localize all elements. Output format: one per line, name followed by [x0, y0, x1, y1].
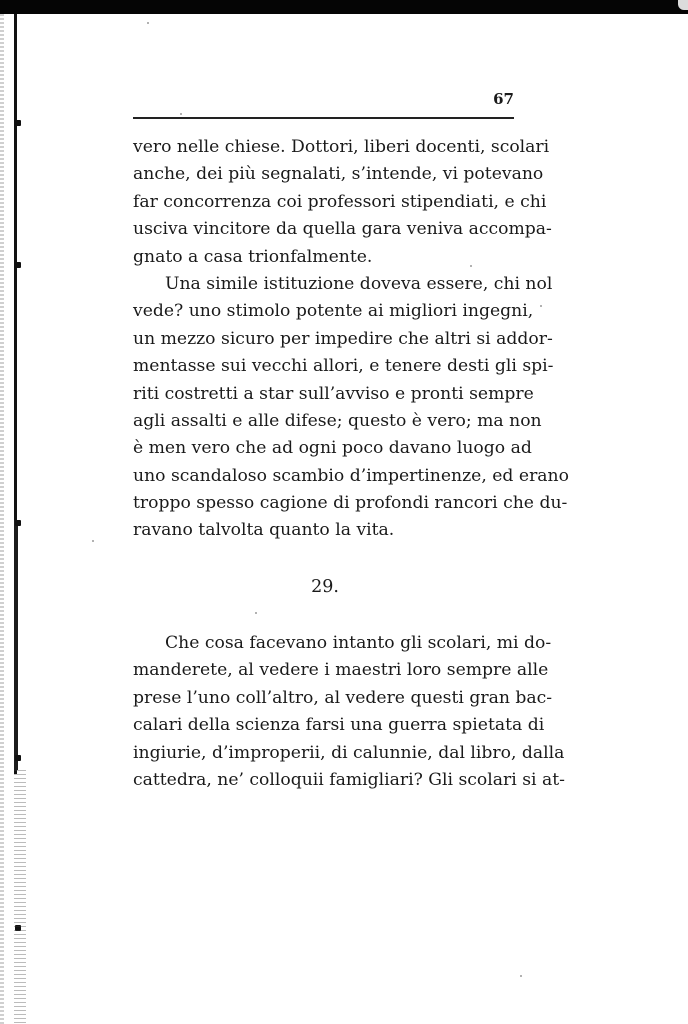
- scan-binding-line-lower: [14, 520, 18, 770]
- text-line: un mezzo sicuro per impedire che altri s…: [133, 326, 517, 353]
- body-text-after-section: Che cosa facevano intanto gli scolari, m…: [133, 630, 517, 794]
- paragraph: Che cosa facevano intanto gli scolari, m…: [133, 630, 517, 794]
- text-line: ingiurie, d’improperii, di calunnie, dal…: [133, 740, 517, 767]
- text-line: agli assalti e alle difese; questo è ver…: [133, 408, 517, 435]
- scan-speck: [540, 305, 542, 307]
- text-line: calari della scienza farsi una guerra sp…: [133, 712, 517, 739]
- text-line: riti costretti a star sull’avviso e pron…: [133, 381, 517, 408]
- scan-top-edge: [0, 0, 688, 14]
- text-line: far concorrenza coi professori stipendia…: [133, 189, 517, 216]
- scan-speck: [147, 22, 149, 24]
- text-line: cattedra, ne’ colloquii famigliari? Gli …: [133, 767, 517, 794]
- text-line: gnato a casa trionfalmente.: [133, 244, 517, 271]
- scan-binding-edge: [0, 14, 4, 1024]
- section-number: 29.: [300, 577, 350, 597]
- body-text-before-section: vero nelle chiese. Dottori, liberi docen…: [133, 134, 517, 545]
- binding-notch: [15, 120, 21, 126]
- text-line: ravano talvolta quanto la vita.: [133, 517, 517, 544]
- text-line: manderete, al vedere i maestri loro semp…: [133, 657, 517, 684]
- binding-notch: [15, 520, 21, 526]
- running-head: 67: [133, 88, 514, 118]
- text-line: Una simile istituzione doveva essere, ch…: [133, 271, 517, 298]
- text-line: mentasse sui vecchi allori, e tenere des…: [133, 353, 517, 380]
- scan-speck: [92, 540, 94, 542]
- text-line: è men vero che ad ogni poco davano luogo…: [133, 435, 517, 462]
- text-line: vede? uno stimolo potente ai migliori in…: [133, 298, 517, 325]
- text-line: usciva vincitore da quella gara veniva a…: [133, 216, 517, 243]
- paragraph: vero nelle chiese. Dottori, liberi docen…: [133, 134, 517, 271]
- scan-corner: [678, 0, 688, 10]
- scan-speck: [255, 612, 257, 614]
- text-line: troppo spesso cagione di profondi rancor…: [133, 490, 517, 517]
- binding-notch: [15, 262, 21, 268]
- header-rule: [133, 117, 514, 119]
- text-line: uno scandaloso scambio d’impertinenze, e…: [133, 463, 517, 490]
- text-line: Che cosa facevano intanto gli scolari, m…: [133, 630, 517, 657]
- text-line: prese l’uno coll’altro, al vedere questi…: [133, 685, 517, 712]
- paragraph: Una simile istituzione doveva essere, ch…: [133, 271, 517, 545]
- binding-notch: [15, 755, 21, 761]
- page-number: 67: [493, 90, 514, 108]
- scan-noise: [14, 770, 26, 1024]
- text-line: vero nelle chiese. Dottori, liberi docen…: [133, 134, 517, 161]
- scan-speck: [520, 975, 522, 977]
- text-line: anche, dei più segnalati, s’intende, vi …: [133, 161, 517, 188]
